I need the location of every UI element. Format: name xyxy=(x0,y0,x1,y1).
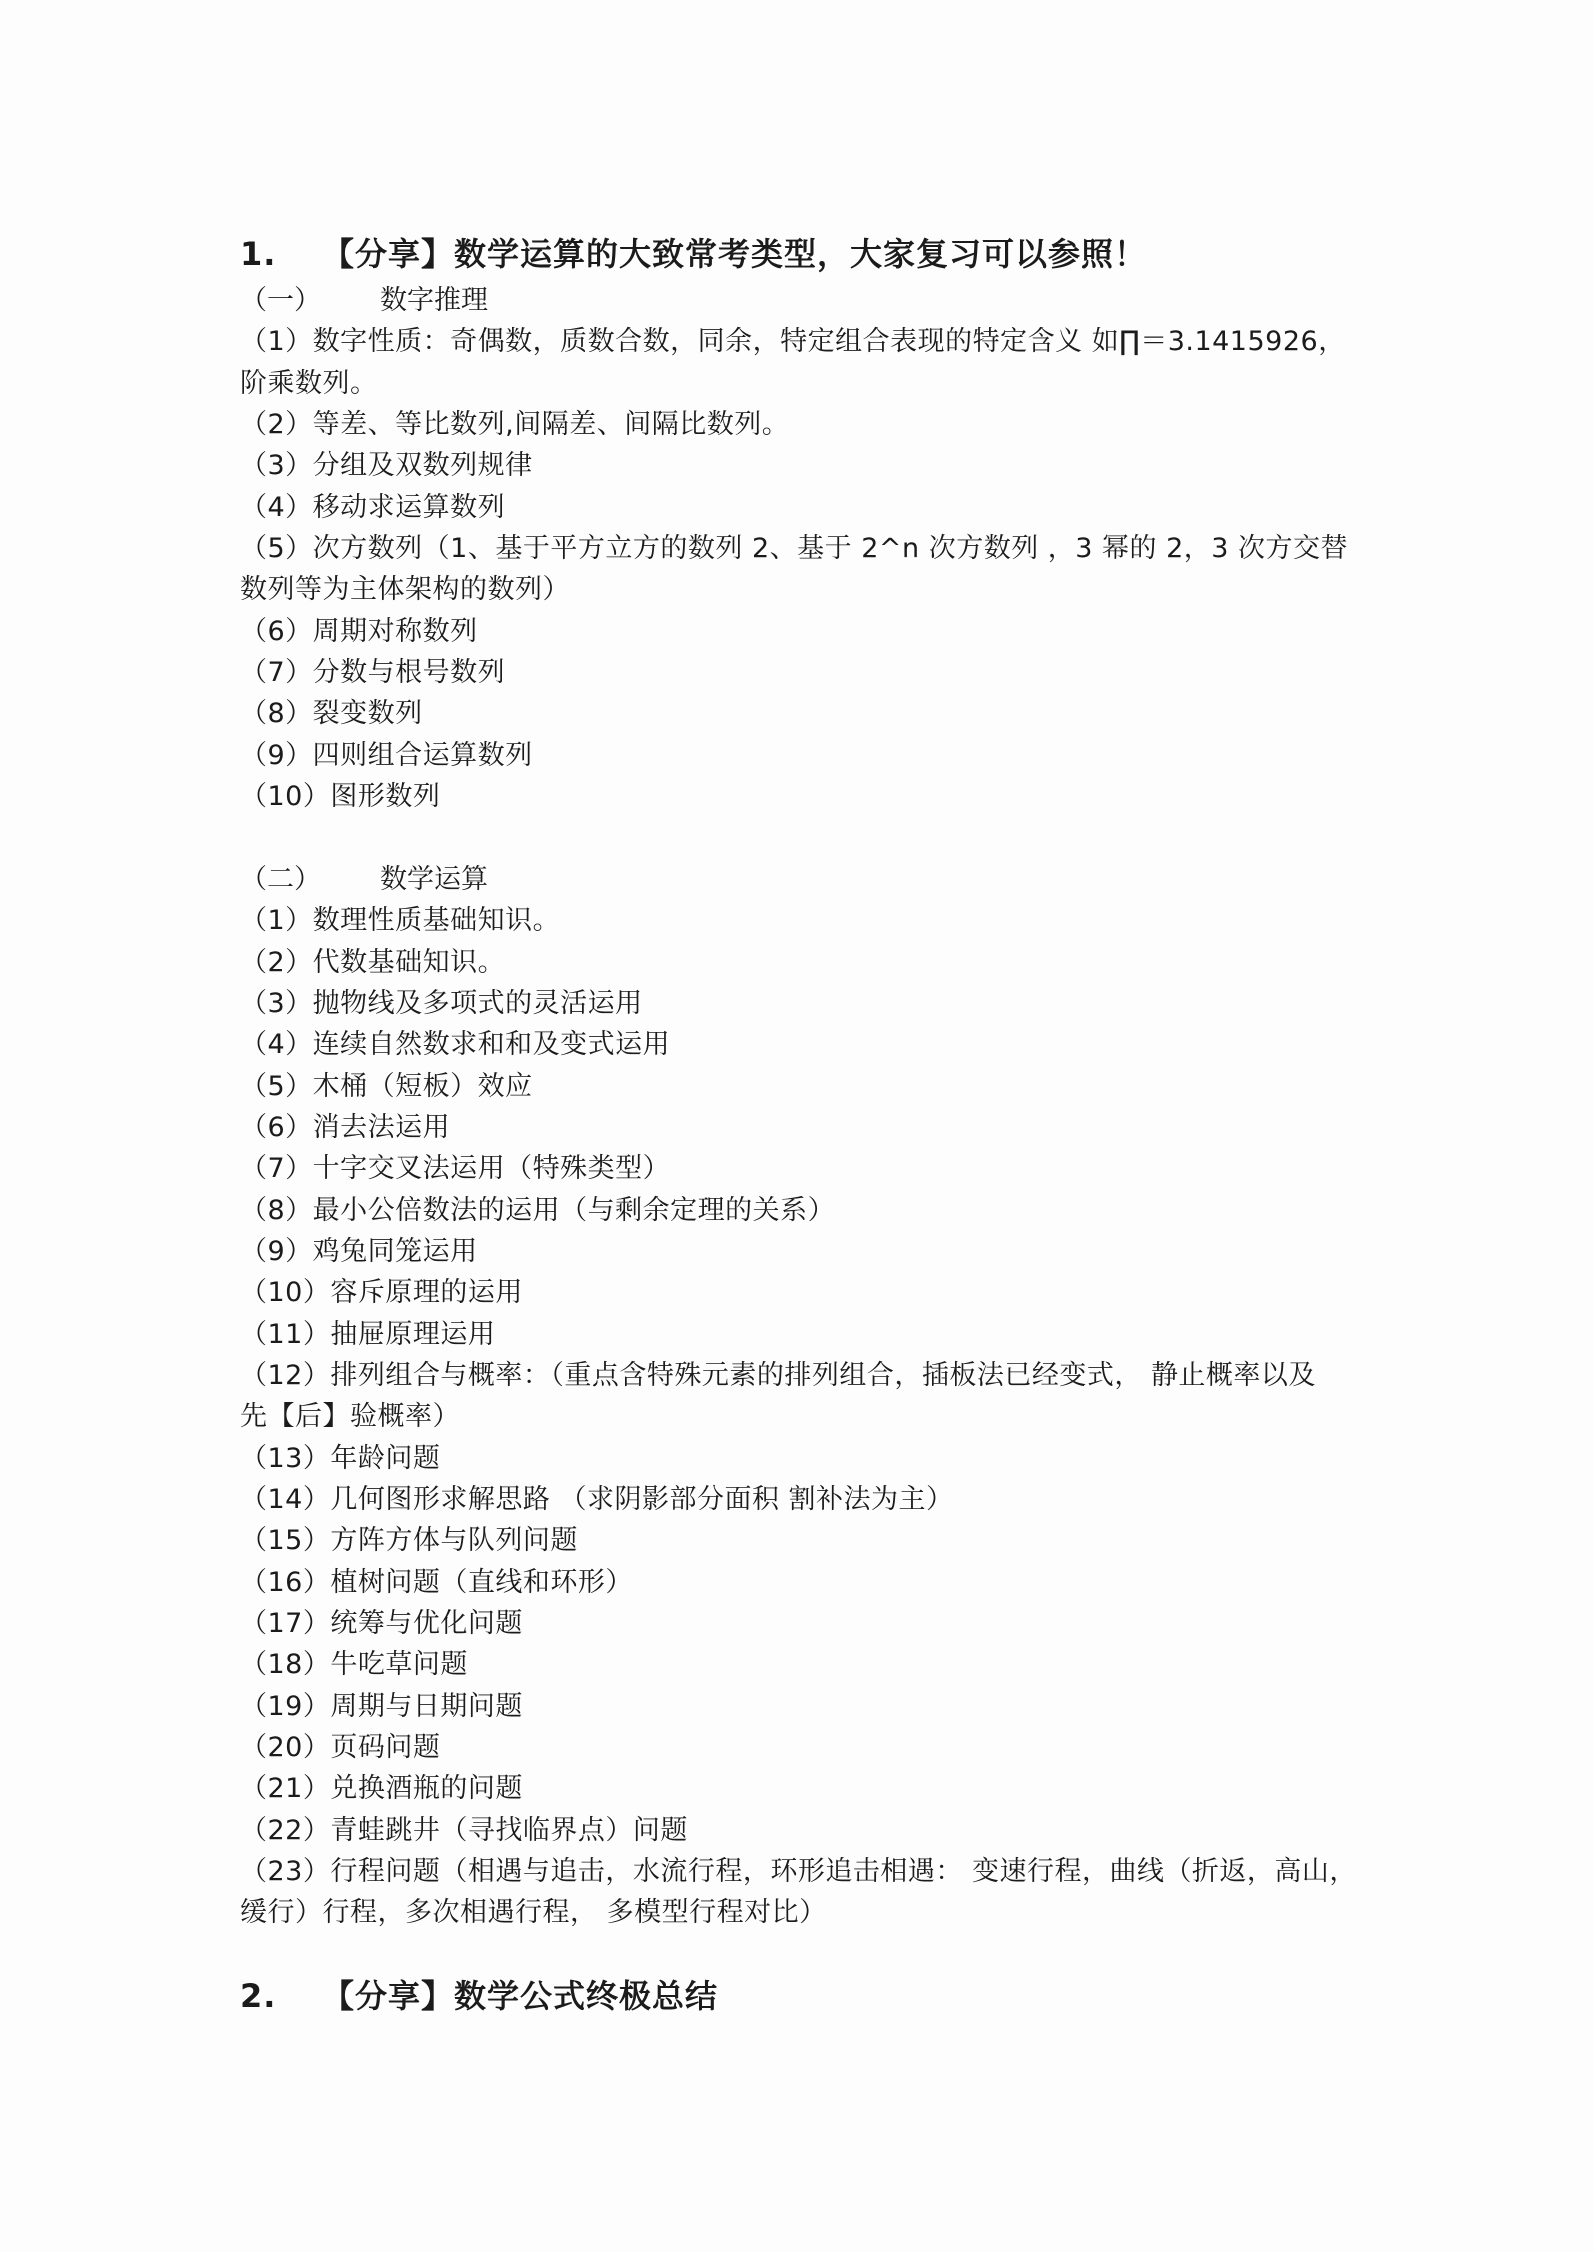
list-item: （8）裂变数列 xyxy=(240,693,1454,734)
heading-2: 2. 【分享】数学公式终极总结 xyxy=(240,1974,1454,2018)
list-item-line: （7）分数与根号数列 xyxy=(240,652,1454,693)
list-item: （23）行程问题（相遇与追击，水流行程，环形追击相遇： 变速行程，曲线（折返，高… xyxy=(240,1851,1454,1934)
list-item: （5）次方数列（1、基于平方立方的数列 2、基于 2^n 次方数列 ，3 幂的 … xyxy=(240,528,1454,611)
list-item-line: （16）植树问题（直线和环形） xyxy=(240,1562,1454,1603)
list-item: （3）分组及双数列规律 xyxy=(240,445,1454,486)
list-item: （7）分数与根号数列 xyxy=(240,652,1454,693)
list-item-line: （5）次方数列（1、基于平方立方的数列 2、基于 2^n 次方数列 ，3 幂的 … xyxy=(240,528,1454,569)
list-item: （9）四则组合运算数列 xyxy=(240,735,1454,776)
list-item-line: （2）代数基础知识。 xyxy=(240,942,1454,983)
list-item-line: （11）抽屉原理运用 xyxy=(240,1314,1454,1355)
list-item-line: （9）鸡兔同笼运用 xyxy=(240,1231,1454,1272)
list-item: （2）代数基础知识。 xyxy=(240,942,1454,983)
list-item-line: 阶乘数列。 xyxy=(240,363,1454,404)
list-item: （11）抽屉原理运用 xyxy=(240,1314,1454,1355)
list-item: （14）几何图形求解思路 （求阴影部分面积 割补法为主） xyxy=(240,1479,1454,1520)
heading-2-text: 【分享】数学公式终极总结 xyxy=(322,1974,718,2018)
list-item-line: （17）统筹与优化问题 xyxy=(240,1603,1454,1644)
list-item-line: （20）页码问题 xyxy=(240,1727,1454,1768)
list-item: （5）木桶（短板）效应 xyxy=(240,1066,1454,1107)
list-item-line: （19）周期与日期问题 xyxy=(240,1686,1454,1727)
section-2-label: （二） xyxy=(240,859,321,900)
list-item: （20）页码问题 xyxy=(240,1727,1454,1768)
list-item: （12）排列组合与概率：（重点含特殊元素的排列组合，插板法已经变式， 静止概率以… xyxy=(240,1355,1454,1438)
list-item: （19）周期与日期问题 xyxy=(240,1686,1454,1727)
list-item-line: （3）分组及双数列规律 xyxy=(240,445,1454,486)
section-1-items: （1）数字性质：奇偶数，质数合数，同余，特定组合表现的特定含义 如∏＝3.141… xyxy=(240,321,1454,817)
list-item: （18）牛吃草问题 xyxy=(240,1644,1454,1685)
heading-1: 1. 【分享】数学运算的大致常考类型，大家复习可以参照！ xyxy=(240,232,1454,276)
list-item-line: （3）抛物线及多项式的灵活运用 xyxy=(240,983,1454,1024)
list-item-line: （5）木桶（短板）效应 xyxy=(240,1066,1454,1107)
list-item-line: （8）裂变数列 xyxy=(240,693,1454,734)
list-item: （16）植树问题（直线和环形） xyxy=(240,1562,1454,1603)
list-item: （3）抛物线及多项式的灵活运用 xyxy=(240,983,1454,1024)
list-item: （9）鸡兔同笼运用 xyxy=(240,1231,1454,1272)
list-item-line: （14）几何图形求解思路 （求阴影部分面积 割补法为主） xyxy=(240,1479,1454,1520)
list-item: （21）兑换酒瓶的问题 xyxy=(240,1768,1454,1809)
section-2-items: （1）数理性质基础知识。（2）代数基础知识。（3）抛物线及多项式的灵活运用（4）… xyxy=(240,900,1454,1934)
list-item-line: （15）方阵方体与队列问题 xyxy=(240,1520,1454,1561)
list-item-line: （4）连续自然数求和和及变式运用 xyxy=(240,1024,1454,1065)
list-item-line: （8）最小公倍数法的运用（与剩余定理的关系） xyxy=(240,1190,1454,1231)
list-item: （15）方阵方体与队列问题 xyxy=(240,1520,1454,1561)
list-item: （22）青蛙跳井（寻找临界点）问题 xyxy=(240,1810,1454,1851)
document-body: 1. 【分享】数学运算的大致常考类型，大家复习可以参照！ （一） 数字推理 （1… xyxy=(0,0,1594,2018)
section-math-operations: （二） 数学运算 （1）数理性质基础知识。（2）代数基础知识。（3）抛物线及多项… xyxy=(240,859,1454,1934)
list-item: （2）等差、等比数列,间隔差、间隔比数列。 xyxy=(240,404,1454,445)
list-item: （8）最小公倍数法的运用（与剩余定理的关系） xyxy=(240,1190,1454,1231)
list-item: （10）图形数列 xyxy=(240,776,1454,817)
heading-1-number: 1. xyxy=(240,232,322,276)
list-item-line: （6）周期对称数列 xyxy=(240,611,1454,652)
list-item-line: （21）兑换酒瓶的问题 xyxy=(240,1768,1454,1809)
list-item-line: （22）青蛙跳井（寻找临界点）问题 xyxy=(240,1810,1454,1851)
list-item-line: （1）数理性质基础知识。 xyxy=(240,900,1454,941)
list-item-line: 缓行）行程，多次相遇行程， 多模型行程对比） xyxy=(240,1892,1454,1933)
list-item-line: 先【后】验概率） xyxy=(240,1396,1454,1437)
list-item: （17）统筹与优化问题 xyxy=(240,1603,1454,1644)
list-item-line: （13）年龄问题 xyxy=(240,1438,1454,1479)
list-item: （4）移动求运算数列 xyxy=(240,487,1454,528)
section-number-reasoning: （一） 数字推理 （1）数字性质：奇偶数，质数合数，同余，特定组合表现的特定含义… xyxy=(240,280,1454,817)
list-item-line: 数列等为主体架构的数列） xyxy=(240,569,1454,610)
list-item: （6）消去法运用 xyxy=(240,1107,1454,1148)
list-item-line: （10）容斥原理的运用 xyxy=(240,1272,1454,1313)
section-2-header: （二） 数学运算 xyxy=(240,859,1454,900)
list-item-line: （9）四则组合运算数列 xyxy=(240,735,1454,776)
list-item-line: （18）牛吃草问题 xyxy=(240,1644,1454,1685)
list-item-line: （10）图形数列 xyxy=(240,776,1454,817)
list-item: （6）周期对称数列 xyxy=(240,611,1454,652)
list-item-line: （1）数字性质：奇偶数，质数合数，同余，特定组合表现的特定含义 如∏＝3.141… xyxy=(240,321,1454,362)
section-1-title: 数字推理 xyxy=(380,280,488,321)
list-item-line: （7）十字交叉法运用（特殊类型） xyxy=(240,1148,1454,1189)
heading-1-text: 【分享】数学运算的大致常考类型，大家复习可以参照！ xyxy=(322,232,1147,276)
list-item: （4）连续自然数求和和及变式运用 xyxy=(240,1024,1454,1065)
list-item: （13）年龄问题 xyxy=(240,1438,1454,1479)
section-1-header: （一） 数字推理 xyxy=(240,280,1454,321)
list-item: （1）数理性质基础知识。 xyxy=(240,900,1454,941)
heading-2-number: 2. xyxy=(240,1974,322,2018)
list-item: （1）数字性质：奇偶数，质数合数，同余，特定组合表现的特定含义 如∏＝3.141… xyxy=(240,321,1454,404)
list-item: （7）十字交叉法运用（特殊类型） xyxy=(240,1148,1454,1189)
list-item-line: （23）行程问题（相遇与追击，水流行程，环形追击相遇： 变速行程，曲线（折返，高… xyxy=(240,1851,1454,1892)
list-item-line: （2）等差、等比数列,间隔差、间隔比数列。 xyxy=(240,404,1454,445)
list-item-line: （4）移动求运算数列 xyxy=(240,487,1454,528)
list-item: （10）容斥原理的运用 xyxy=(240,1272,1454,1313)
section-1-label: （一） xyxy=(240,280,321,321)
document-page: 1. 【分享】数学运算的大致常考类型，大家复习可以参照！ （一） 数字推理 （1… xyxy=(0,0,1594,2252)
list-item-line: （12）排列组合与概率：（重点含特殊元素的排列组合，插板法已经变式， 静止概率以… xyxy=(240,1355,1454,1396)
list-item-line: （6）消去法运用 xyxy=(240,1107,1454,1148)
section-2-title: 数学运算 xyxy=(380,859,488,900)
